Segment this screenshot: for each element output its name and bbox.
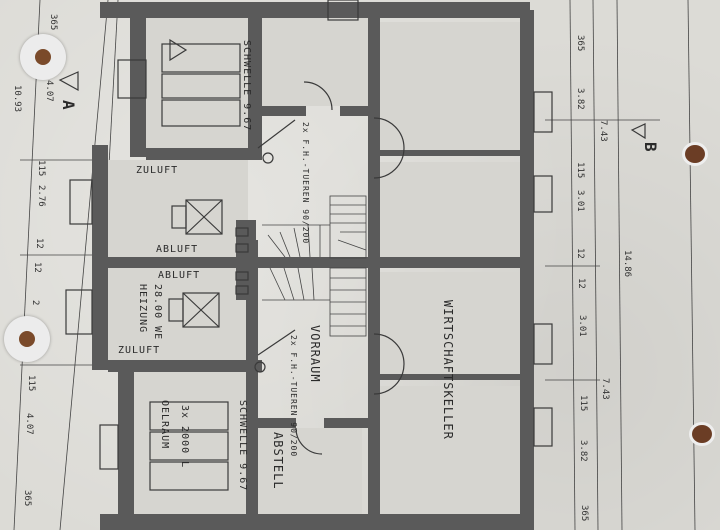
oil-tanks-label: 3x 2000 L (179, 405, 190, 468)
wirtschaftskeller-label: WIRTSCHAFTSKELLER (441, 300, 455, 440)
dim-right-4: 3.01 (575, 190, 585, 212)
punch-hole-right-bottom (692, 425, 712, 443)
punch-hole-middle (4, 316, 50, 362)
floor-plan-sheet: SCHWELLE 9.67 ZULUFT ABLUFT ABLUFT HEIZU… (0, 0, 720, 530)
dim-right-3: 115 (575, 162, 585, 178)
dim-left-9: 4.07 (24, 413, 34, 435)
vorraum-label: VORRAUM (308, 325, 322, 383)
heizung-capacity-label: 28.00 WE (152, 284, 163, 340)
fh-doors-label-bottom: 2x F.H.-TUEREN 90/200 (289, 335, 298, 457)
punch-hole-top (20, 34, 66, 80)
oelraum-label: OELRAUM (159, 400, 170, 449)
dim-right-total: 14.86 (622, 250, 632, 277)
zuluft-label-bottom: ZULUFT (118, 345, 160, 356)
dim-right-mid-lower: 7.43 (600, 378, 610, 400)
dim-right-7: 3.01 (577, 315, 587, 337)
dim-left-total: 10.93 (12, 85, 22, 112)
punch-hole-right-top (685, 145, 705, 163)
dim-right-5: 12 (575, 248, 585, 259)
dim-left-6: 12 (32, 262, 42, 273)
abstell-label: ABSTELL (271, 432, 285, 490)
floor-plan-drawing (0, 0, 720, 530)
abluft-label-top: ABLUFT (156, 244, 198, 255)
dim-left-10: 365 (22, 490, 32, 506)
schwelle-label-bottom: SCHWELLE 9.67 (237, 400, 248, 491)
dim-left-7: 2 (30, 300, 40, 305)
dim-right-1: 365 (575, 35, 585, 51)
schwelle-label-top: SCHWELLE 9.67 (241, 40, 252, 131)
section-marker-b: B (641, 142, 660, 152)
dim-left-5: 12 (34, 238, 44, 249)
dim-right-10: 365 (579, 505, 589, 521)
dim-right-6: 12 (576, 278, 586, 289)
dim-right-8: 115 (578, 395, 588, 411)
dim-left-1: 365 (48, 14, 58, 30)
dim-right-2: 3.82 (575, 88, 585, 110)
section-marker-a: A (59, 100, 78, 110)
dim-right-9: 3.82 (578, 440, 588, 462)
dim-left-8: 115 (26, 375, 36, 391)
zuluft-label-top: ZULUFT (136, 165, 178, 176)
dim-left-2: 4.07 (44, 80, 54, 102)
dim-left-4: 2.76 (36, 185, 46, 207)
heizung-label: HEIZUNG (137, 284, 148, 333)
fh-doors-label-top: 2x F.H.-TUEREN 90/200 (301, 122, 310, 244)
dim-left-3: 115 (36, 160, 46, 176)
dim-right-mid-upper: 7.43 (598, 120, 608, 142)
abluft-label-bottom: ABLUFT (158, 270, 200, 281)
